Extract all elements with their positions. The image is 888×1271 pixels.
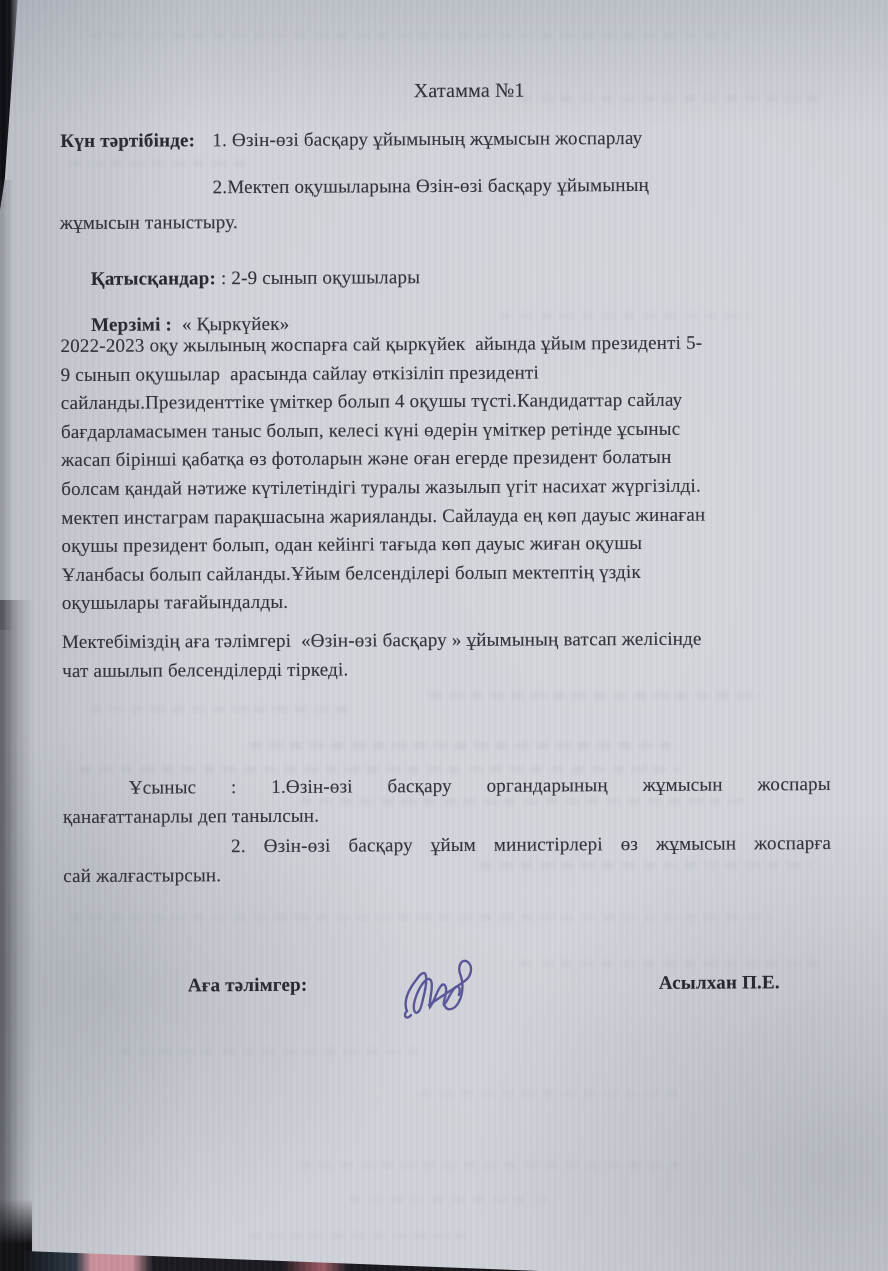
participants-label: Қатысқандар: bbox=[91, 268, 216, 290]
body-line: жасап бірінші қабатқа өз фотоларын және … bbox=[61, 444, 705, 476]
agenda-label: Күн тәртібінде: bbox=[60, 130, 195, 153]
agenda-item-2-continuation: жұмысын таныстыру. bbox=[60, 212, 238, 235]
body-line: сайланды.Президенттіке үміткер болып 4 о… bbox=[61, 387, 705, 419]
signature-role-label: Аға тәлімгер: bbox=[188, 975, 308, 998]
proposal-line: Ұсыныс : 1.Өзін-өзі басқару органдарының… bbox=[63, 770, 831, 803]
body-paragraph: 2022-2023 оқу жылының жоспарға сай қыркү… bbox=[60, 330, 705, 619]
body-line: болсам қандай нәтиже күтілетіндігі турал… bbox=[61, 473, 705, 505]
body-line: Ұланбасы болып сайланды.Ұйым белсенділер… bbox=[62, 558, 706, 590]
body-line: 2022-2023 оқу жылының жоспарға сай қыркү… bbox=[60, 330, 704, 362]
body-line: оқушылары тағайындалды. bbox=[62, 587, 706, 619]
body-line: 9 сынып оқушылар арасында сайлау өткізіл… bbox=[61, 358, 705, 390]
whatsapp-note-line: Мектебіміздің аға тәлімгері «Өзін-өзі ба… bbox=[62, 625, 702, 658]
proposal-line: 2. Өзін-өзі басқару ұйым министірлері өз… bbox=[63, 829, 831, 862]
agenda-item-1: 1. Өзін-өзі басқару ұйымының жұмысын жос… bbox=[212, 128, 642, 152]
proposal-line: қанағаттанарлы деп танылсын. bbox=[63, 799, 831, 832]
proposal-paragraph: Ұсыныс : 1.Өзін-өзі басқару органдарының… bbox=[63, 770, 832, 892]
signature-scribble-icon bbox=[398, 948, 482, 1022]
body-line: бағдарламасымен таныс болып, келесі күні… bbox=[61, 415, 705, 447]
body-line: оқушы президент болып, одан кейінгі тағы… bbox=[61, 530, 705, 562]
participants-value: : 2-9 сынып оқушылары bbox=[216, 267, 420, 289]
whatsapp-note-line: чат ашылып белсенділерді тіркеді. bbox=[62, 654, 702, 687]
whatsapp-note-paragraph: Мектебіміздің аға тәлімгері «Өзін-өзі ба… bbox=[62, 625, 702, 687]
signature-name: Асылхан П.Е. bbox=[659, 972, 780, 995]
agenda-item-2: 2.Мектеп оқушыларына Өзін-өзі басқару ұй… bbox=[213, 175, 649, 199]
page-title: Хатамма №1 bbox=[25, 78, 888, 106]
document-page: Хатамма №1 Күн тәртібінде: 1. Өзін-өзі б… bbox=[0, 0, 888, 1271]
proposal-line: сай жалғастырсын. bbox=[63, 858, 831, 891]
document-photo: Хатамма №1 Күн тәртібінде: 1. Өзін-өзі б… bbox=[0, 0, 888, 1271]
body-line: мектеп инстаграм парақшасына жарияланды.… bbox=[61, 501, 705, 533]
